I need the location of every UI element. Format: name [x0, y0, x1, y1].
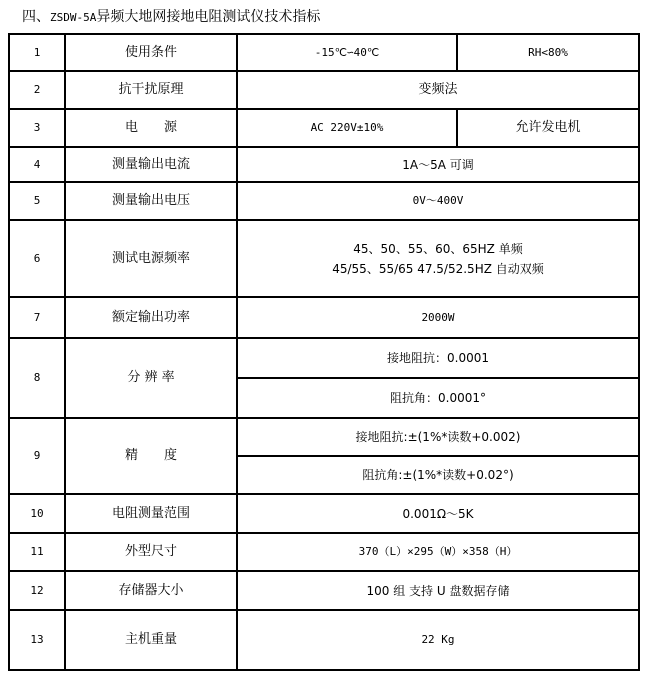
spec-value: 45/55、55/65 47.5/52.5HZ 自动双频: [332, 259, 544, 279]
title-prefix: 四、: [22, 9, 50, 25]
row-number: 8: [10, 339, 64, 417]
spec-value: 2000W: [238, 298, 638, 337]
spec-value: 370（L）×295（W）×358（H）: [238, 534, 638, 570]
spec-value: 阻抗角：0.0001°: [238, 379, 638, 417]
spec-name: 精 度: [66, 419, 236, 493]
row-number: 12: [10, 572, 64, 609]
spec-name: 电阻测量范围: [66, 495, 236, 532]
spec-value: AC 220V±10%: [238, 110, 456, 146]
spec-name: 额定输出功率: [66, 298, 236, 337]
row-number: 9: [10, 419, 64, 493]
spec-value: 45、50、55、60、65HZ 单频: [353, 239, 522, 259]
row-number: 13: [10, 611, 64, 669]
spec-name: 外型尺寸: [66, 534, 236, 570]
title-text: 异频大地网接地电阻测试仪技术指标: [96, 9, 320, 25]
spec-table: 1 使用条件 -15℃∽40℃ RH<80% 2 抗干扰原理 变频法 3 电 源…: [8, 33, 640, 671]
row-number: 5: [10, 183, 64, 219]
row-number: 7: [10, 298, 64, 337]
spec-value: 接地阻抗：0.0001: [238, 339, 638, 377]
spec-value: 接地阻抗:±(1%*读数+0.002): [238, 419, 638, 455]
spec-value: 阻抗角:±(1%*读数+0.02°): [238, 457, 638, 493]
divider: [8, 669, 640, 671]
spec-name: 使用条件: [66, 35, 236, 70]
spec-name: 电 源: [66, 110, 236, 146]
row-number: 6: [10, 221, 64, 296]
row-number: 11: [10, 534, 64, 570]
spec-name: 测量输出电压: [66, 183, 236, 219]
row-number: 3: [10, 110, 64, 146]
spec-value: -15℃∽40℃: [238, 35, 456, 70]
spec-name: 抗干扰原理: [66, 72, 236, 108]
spec-value-cell: 45、50、55、60、65HZ 单频 45/55、55/65 47.5/52.…: [238, 221, 638, 296]
spec-value: 允许发电机: [458, 110, 638, 146]
row-number: 10: [10, 495, 64, 532]
row-number: 2: [10, 72, 64, 108]
title-model: ZSDW-5A: [50, 11, 96, 24]
spec-name: 测量输出电流: [66, 148, 236, 181]
spec-value: 22 Kg: [238, 611, 638, 669]
row-number: 1: [10, 35, 64, 70]
spec-value: 0.001Ω～5K: [238, 495, 638, 532]
spec-value: 100 组 支持 U 盘数据存储: [238, 572, 638, 609]
spec-value: 1A～5A 可调: [238, 148, 638, 181]
spec-value: 变频法: [238, 72, 638, 108]
divider: [638, 33, 640, 671]
table-title: 四、ZSDW-5A异频大地网接地电阻测试仪技术指标: [22, 8, 320, 27]
spec-name: 主机重量: [66, 611, 236, 669]
spec-name: 测试电源频率: [66, 221, 236, 296]
spec-name: 存储器大小: [66, 572, 236, 609]
spec-value: RH<80%: [458, 35, 638, 70]
frequency-lines: 45、50、55、60、65HZ 单频 45/55、55/65 47.5/52.…: [332, 239, 544, 279]
spec-name: 分 辨 率: [66, 339, 236, 417]
row-number: 4: [10, 148, 64, 181]
spec-value: 0V～400V: [238, 183, 638, 219]
